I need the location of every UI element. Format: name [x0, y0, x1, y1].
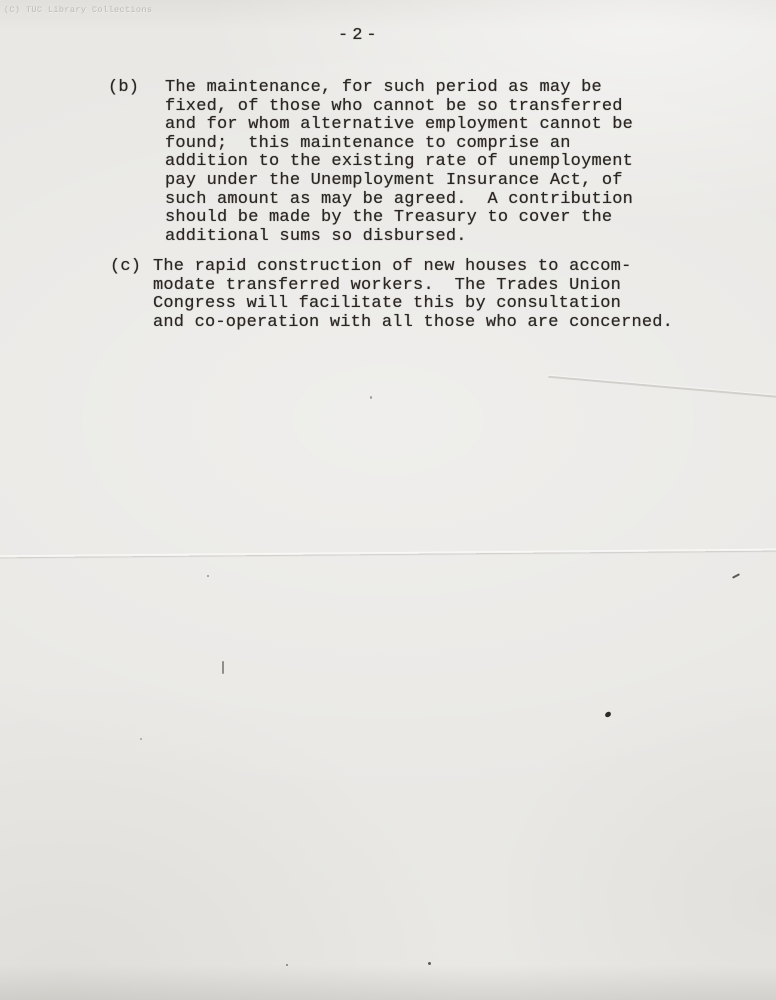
- ink-speck: [732, 573, 740, 579]
- paragraph-c-text: The rapid construction of new houses to …: [153, 258, 673, 332]
- ink-speck: [604, 711, 611, 718]
- paragraph-b-label: (b): [108, 79, 165, 98]
- library-watermark: (C) TUC Library Collections: [4, 5, 153, 15]
- paper-crease-diagonal: [548, 376, 776, 398]
- paper-crease-horizontal: [0, 549, 776, 558]
- paragraph-b: (b) The maintenance, for such period as …: [108, 79, 633, 246]
- page-number: -2-: [338, 27, 381, 46]
- paper-speck: [370, 396, 372, 399]
- paper-speck: [428, 962, 431, 965]
- scanned-document-page: (C) TUC Library Collections -2- (b) The …: [0, 0, 776, 1000]
- paragraph-b-text: The maintenance, for such period as may …: [165, 79, 633, 246]
- paper-speck: [140, 738, 142, 740]
- paper-speck: [286, 964, 288, 966]
- paper-scratch: [222, 661, 224, 674]
- paragraph-c: (c) The rapid construction of new houses…: [110, 258, 673, 332]
- paper-speck: [207, 575, 209, 577]
- paragraph-c-label: (c): [110, 258, 153, 277]
